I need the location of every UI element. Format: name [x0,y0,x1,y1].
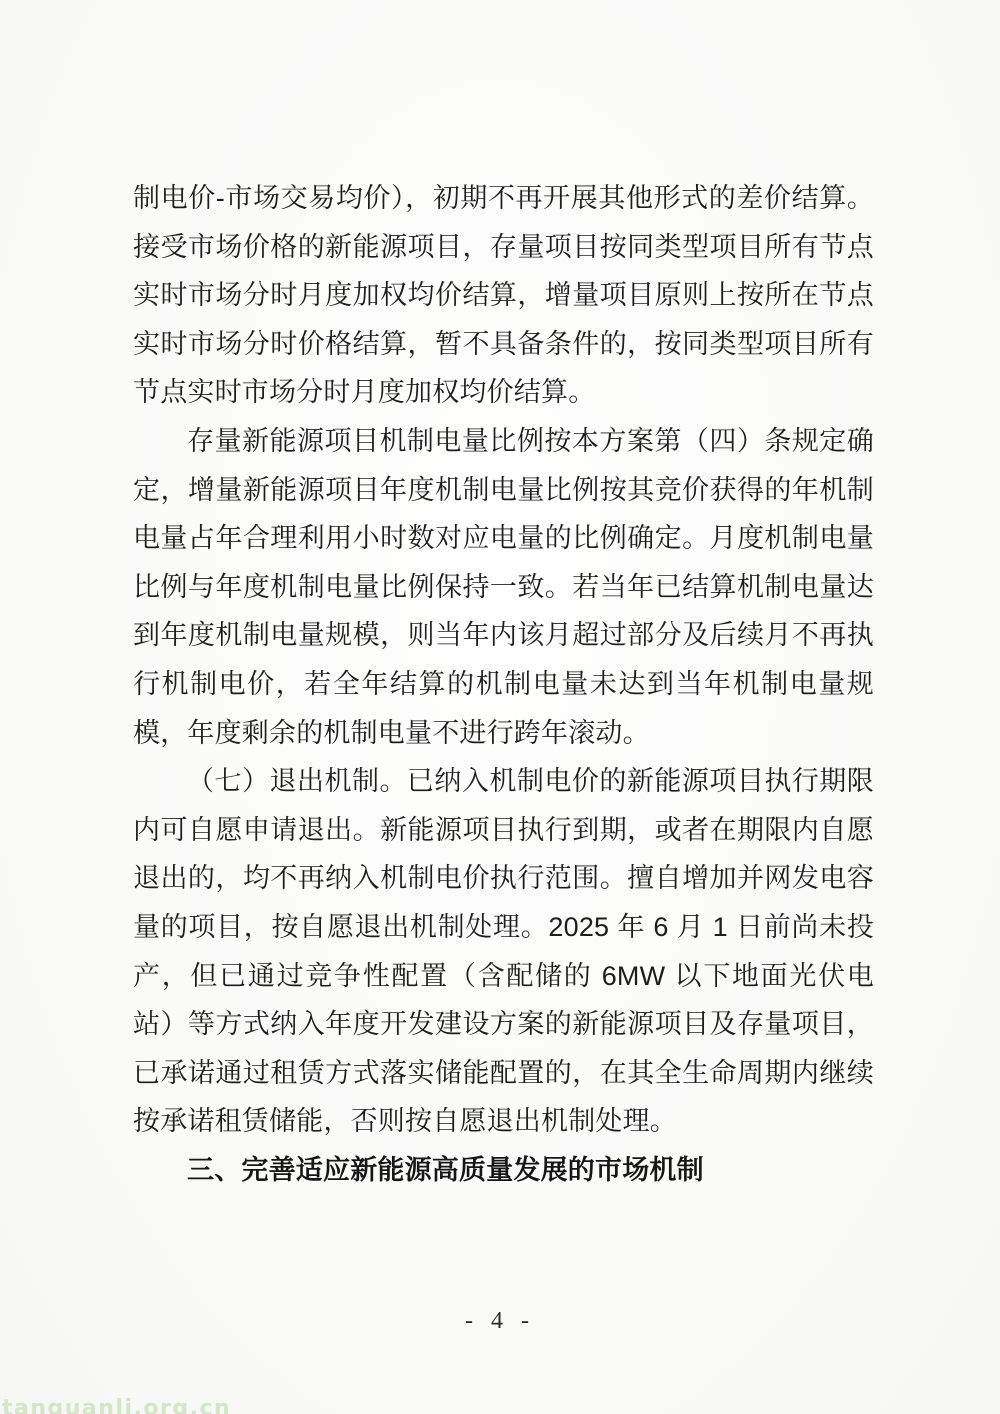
watermark-text: tanguanli.org.cn [2,1396,231,1414]
body-paragraph-continuation: 制电价-市场交易均价），初期不再开展其他形式的差价结算。接受市场价格的新能源项目… [133,174,874,417]
body-paragraph-exit-mechanism: （七）退出机制。已纳入机制电价的新能源项目执行期限内可自愿申请退出。新能源项目执… [133,757,874,1146]
body-paragraph-mechanism-quota: 存量新能源项目机制电量比例按本方案第（四）条规定确定，增量新能源项目年度机制电量… [133,417,874,757]
section-heading: 三、完善适应新能源高质量发展的市场机制 [133,1146,874,1195]
document-page: 制电价-市场交易均价），初期不再开展其他形式的差价结算。接受市场价格的新能源项目… [0,0,1000,1414]
document-body: 制电价-市场交易均价），初期不再开展其他形式的差价结算。接受市场价格的新能源项目… [133,174,874,1194]
page-number: - 4 - [0,1308,1000,1335]
